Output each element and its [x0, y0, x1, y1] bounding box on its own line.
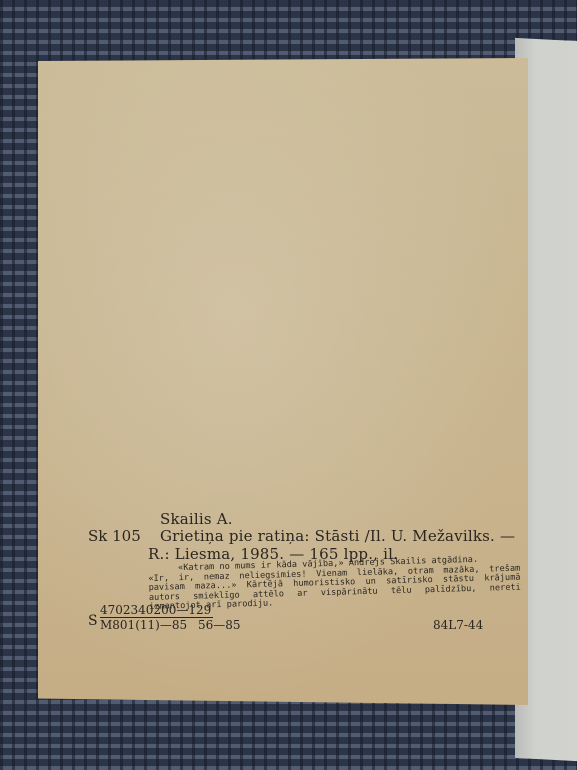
code-prefix: S	[88, 613, 98, 629]
code-numerator: 4702340200—129	[100, 603, 213, 618]
pages-code: 56—85	[198, 618, 241, 632]
catalog-code-fraction: 4702340200—129 M801(11)—85	[100, 603, 213, 632]
author-name: Skailis A.	[160, 510, 233, 528]
book-page: Skailis A. Sk 105 Grietiņa pie ratiņa: S…	[38, 58, 528, 705]
title-line: Grietiņa pie ratiņa: Stāsti /Il. U. Meža…	[160, 527, 515, 545]
shelf-code: Sk 105	[88, 527, 141, 545]
bbk-code: 84L7-44	[433, 618, 483, 632]
code-denominator: M801(11)—85	[100, 618, 213, 632]
